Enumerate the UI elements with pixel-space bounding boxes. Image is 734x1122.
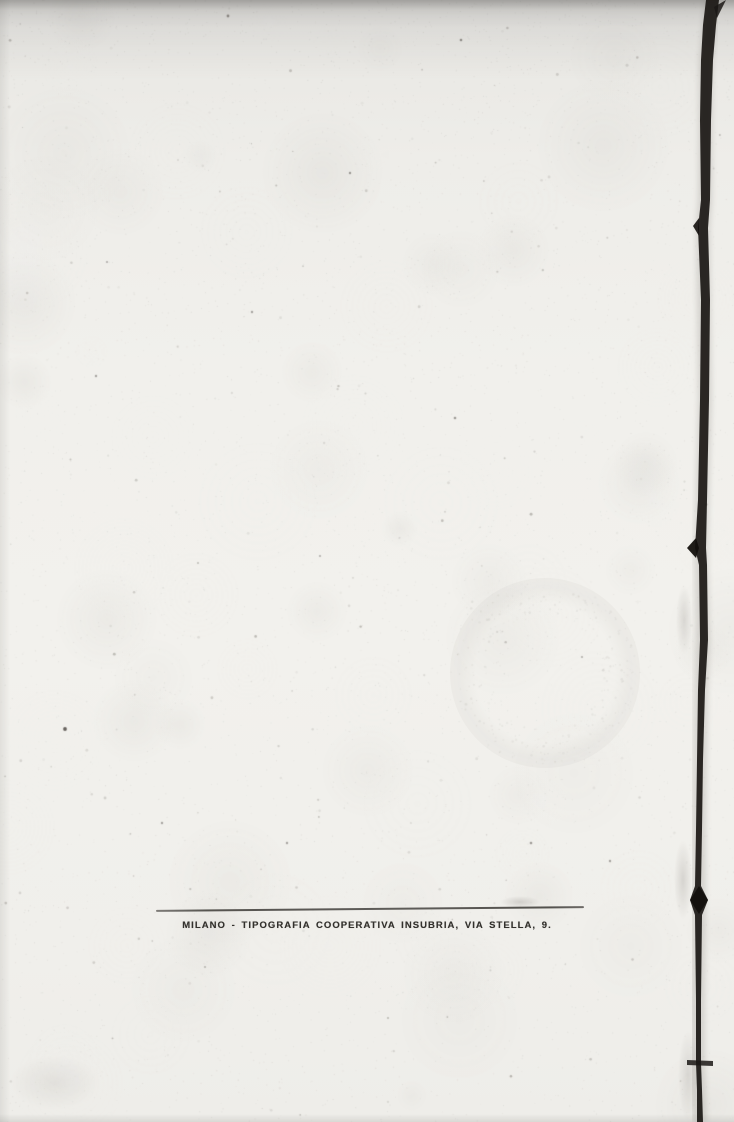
ink-smudge [676, 585, 692, 655]
printer-imprint-text: MILANO - TIPOGRAFIA COOPERATIVA INSUBRIA… [110, 920, 624, 931]
scan-edge-left-shadow [0, 0, 10, 1122]
seal-stain-ghost [450, 578, 640, 768]
scan-edge-top-shadow [0, 0, 734, 80]
scanned-blank-page: MILANO - TIPOGRAFIA COOPERATIVA INSUBRIA… [0, 0, 734, 1122]
paper-smudge [10, 1055, 100, 1110]
ink-smudge [678, 1030, 698, 1120]
scan-edge-bottom-shadow [0, 1114, 734, 1122]
paper-texture [0, 0, 734, 1122]
imprint-rule [156, 906, 584, 912]
binding-crease-line [680, 0, 734, 1122]
ink-smudge [674, 840, 692, 920]
